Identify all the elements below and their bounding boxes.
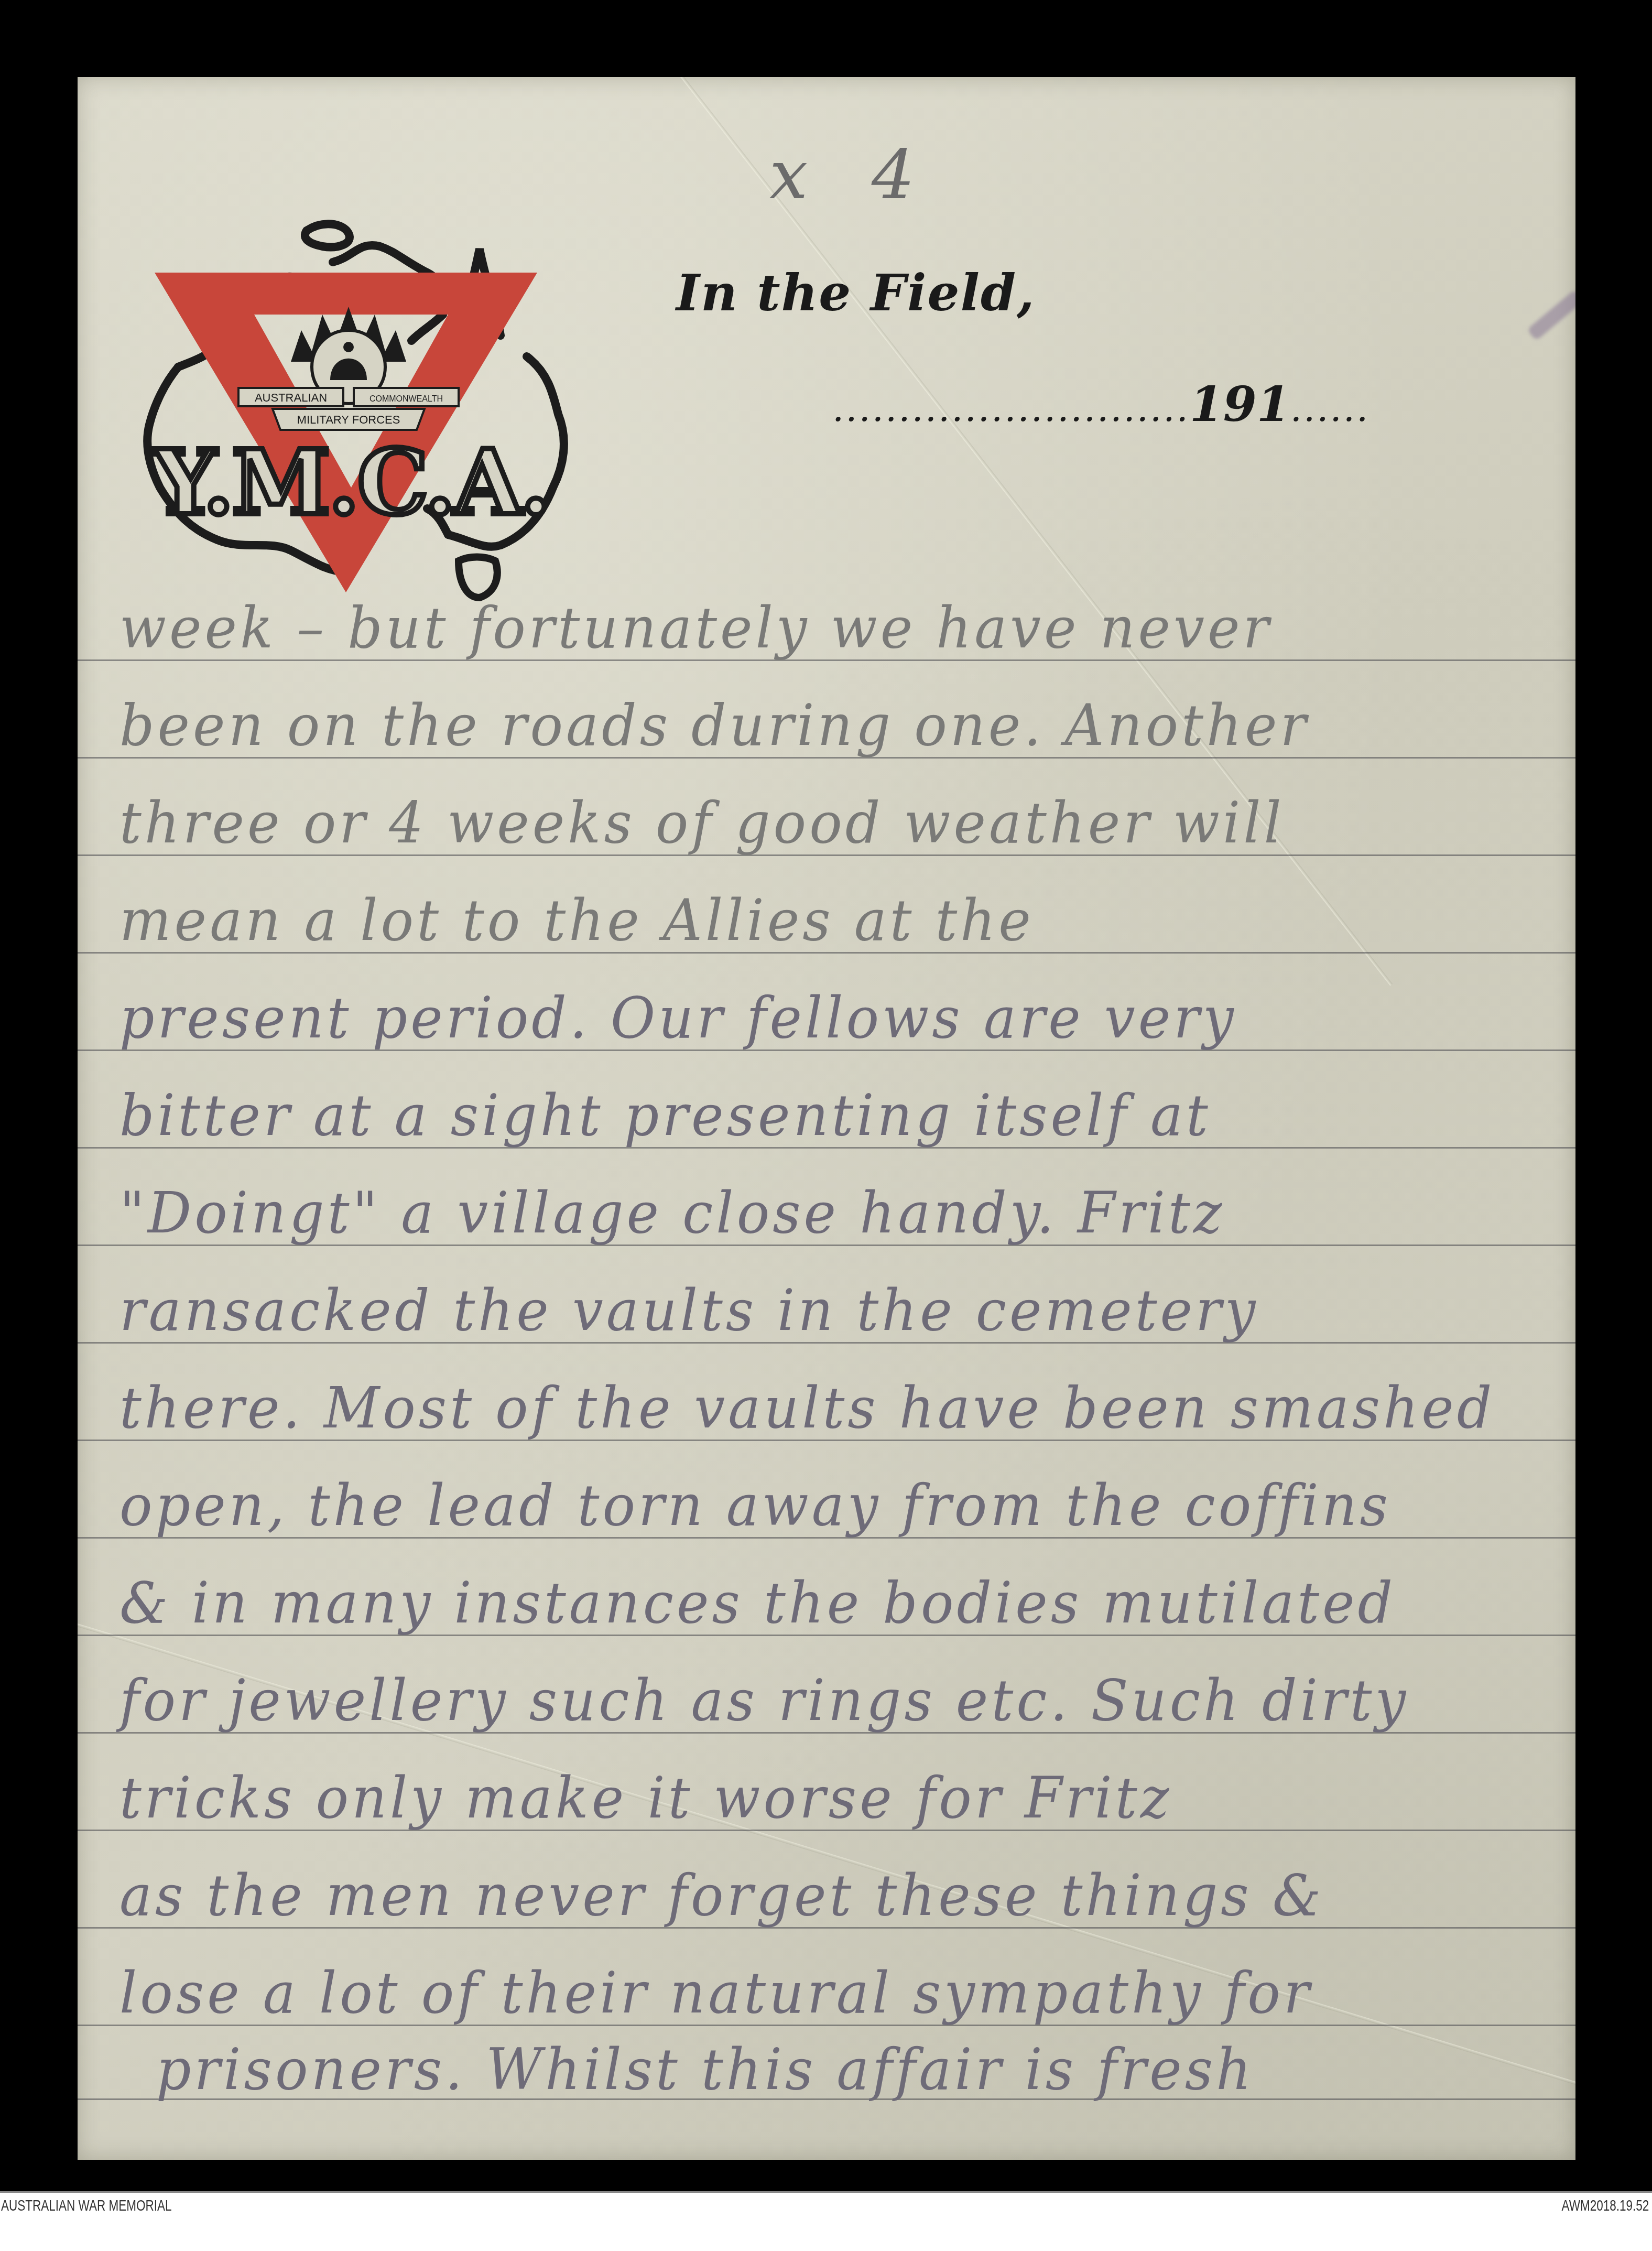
caption-bar: AUSTRALIAN WAR MEMORIAL AWM2018.19.52 <box>0 2191 1652 2251</box>
handwriting-line: been on the roads during one. Another <box>119 692 1556 758</box>
letterhead-heading: In the Field, <box>676 263 1035 322</box>
date-year: 191 <box>1190 376 1290 432</box>
badge-text-bottom: MILITARY FORCES <box>297 413 400 426</box>
handwriting-line: as the men never forget these things & <box>119 1862 1556 1928</box>
handwriting-line: open, the lead torn away from the coffin… <box>119 1472 1556 1538</box>
handwriting-line: three or 4 weeks of good weather will <box>119 789 1556 856</box>
handwriting-line: for jewellery such as rings etc. Such di… <box>119 1667 1556 1733</box>
handwriting-line: & in many instances the bodies mutilated <box>119 1570 1556 1636</box>
letter-page: x 4 AUSTRALIAN <box>78 77 1575 2160</box>
ink-smudge <box>1527 289 1575 341</box>
archive-annotation: x 4 <box>769 135 936 214</box>
handwriting-line: lose a lot of their natural sympathy for <box>119 1960 1556 2026</box>
date-fill-dots: ........................... <box>832 387 1190 430</box>
accession-number: AWM2018.19.52 <box>1561 2197 1649 2215</box>
date-fill-dots-end: ...... <box>1290 387 1370 430</box>
badge-text-right: COMMONWEALTH <box>369 395 443 404</box>
handwriting-line: there. Most of the vaults have been smas… <box>119 1375 1556 1441</box>
handwriting-line: "Doingt" a village close handy. Fritz <box>119 1179 1556 1246</box>
ymca-logo-icon: AUSTRALIAN COMMONWEALTH MILITARY FORCES … <box>134 194 590 603</box>
handwriting-line: week – but fortunately we have never <box>119 594 1556 661</box>
institution-label: AUSTRALIAN WAR MEMORIAL <box>1 2197 171 2215</box>
handwriting-line: mean a lot to the Allies at the <box>119 887 1556 953</box>
date-line: ...........................191...... <box>832 376 1370 432</box>
handwriting-line: bitter at a sight presenting itself at <box>119 1082 1556 1148</box>
handwriting-line: ransacked the vaults in the cemetery <box>119 1277 1556 1343</box>
handwriting-line: present period. Our fellows are very <box>119 984 1556 1051</box>
handwriting-line: prisoners. Whilst this affair is fresh <box>156 2036 1575 2102</box>
scan-background: x 4 AUSTRALIAN <box>0 0 1652 2191</box>
ymca-wordmark: Y.M.C.A. <box>152 430 550 535</box>
badge-text-left: AUSTRALIAN <box>255 391 327 404</box>
handwriting-line: tricks only make it worse for Fritz <box>119 1765 1556 1831</box>
